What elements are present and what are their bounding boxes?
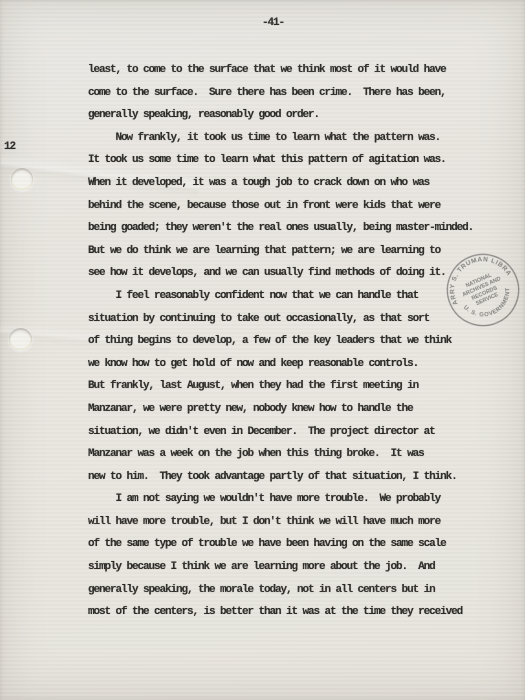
typed-line: When it developed, it was a tough job to…: [88, 172, 522, 195]
typed-line: But frankly, last August, when they had …: [88, 375, 522, 398]
typed-line: of thing begins to develop, a few of the…: [88, 330, 522, 353]
typed-line: generally speaking, the morale today, no…: [88, 579, 522, 602]
typed-line: least, to come to the surface that we th…: [88, 59, 522, 82]
typed-line: most of the centers, is better than it w…: [88, 601, 522, 624]
typed-line: being goaded; they weren't the real ones…: [88, 217, 522, 240]
typed-line: simply because I think we are learning m…: [88, 556, 522, 579]
margin-annotation: 12: [4, 141, 15, 153]
typed-line: generally speaking, reasonably good orde…: [88, 104, 522, 127]
document-page: -41- 12 least, to come to the surface th…: [0, 0, 525, 700]
typed-line: Manzanar was a week on the job when this…: [88, 443, 522, 466]
typed-line: situation, we didn't even in December. T…: [88, 421, 522, 444]
typed-line: we know how to get hold of now and keep …: [88, 353, 522, 376]
typed-line: Now frankly, it took us time to learn wh…: [88, 127, 522, 150]
typed-line: I am not saying we wouldn't have more tr…: [88, 488, 522, 511]
hole-punch: [11, 168, 33, 190]
page-number: -41-: [262, 17, 284, 29]
typed-line: behind the scene, because those out in f…: [88, 195, 522, 218]
typed-line: new to him. They took advantage partly o…: [88, 466, 522, 489]
typed-line: of the same type of trouble we have been…: [88, 533, 522, 556]
typed-line: come to the surface. Sure there has been…: [88, 82, 522, 105]
typed-line: will have more trouble, but I don't thin…: [88, 511, 522, 534]
typed-line: It took us some time to learn what this …: [88, 149, 522, 172]
typed-text-block: least, to come to the surface that we th…: [88, 59, 522, 624]
typed-line: Manzanar, we were pretty new, nobody kne…: [88, 398, 522, 421]
hole-punch: [9, 328, 32, 350]
